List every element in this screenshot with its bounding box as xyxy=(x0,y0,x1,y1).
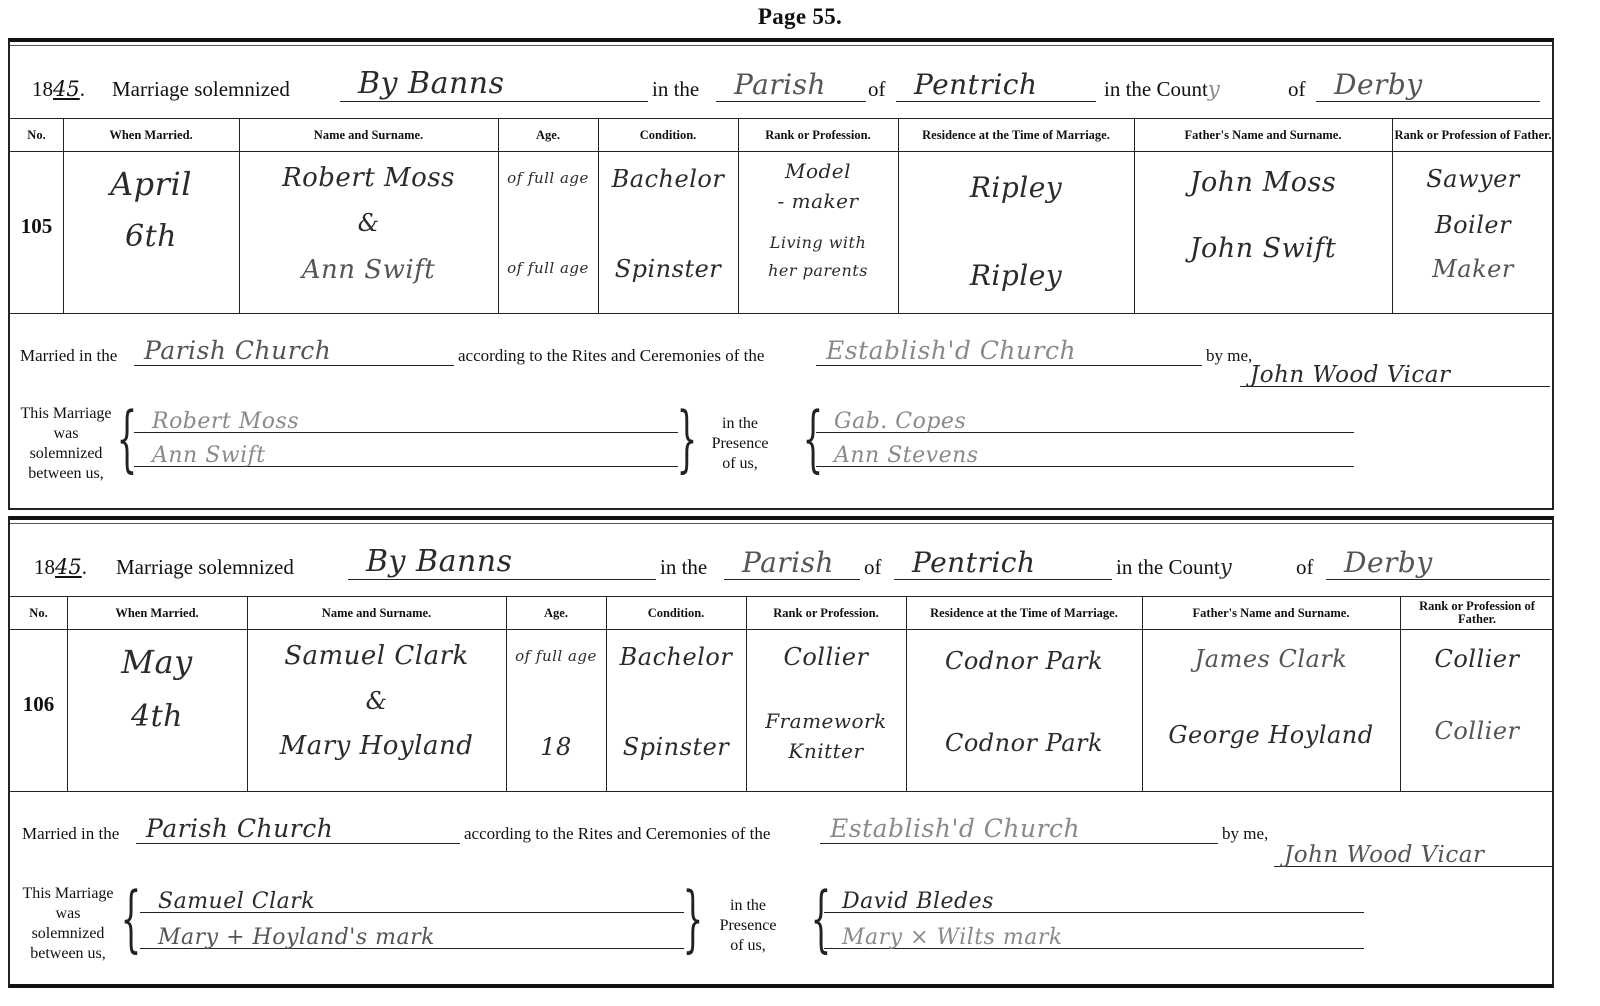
witness-line-2: Mary × Wilts mark xyxy=(824,918,1364,949)
marriage-solemnized-label: Marriage solemnized xyxy=(116,555,294,580)
col-header-residence: Residence at the Time of Marriage. xyxy=(906,597,1142,630)
groom-name: Robert Moss xyxy=(239,163,498,193)
groom-condition: Bachelor xyxy=(606,643,746,671)
place-type-field: Parish xyxy=(724,537,860,580)
bride-residence: Ripley xyxy=(898,259,1134,292)
col-header-father-rank: Rank or Profession of Father. xyxy=(1392,119,1554,152)
county-label-text: in the Count xyxy=(1104,77,1208,101)
col-header-rank: Rank or Profession. xyxy=(746,597,906,630)
married-in-label: Married in the xyxy=(20,346,117,366)
of-label: of xyxy=(864,555,882,580)
in-the-label: in the xyxy=(660,555,707,580)
col-header-condition: Condition. xyxy=(598,119,738,152)
witness-line-2: Ann Stevens xyxy=(816,436,1354,467)
bride-condition: Spinster xyxy=(606,733,746,761)
col-rank: Rank or Profession. Collier Framework Kn… xyxy=(746,597,907,791)
officiant-signature: John Wood Vicar xyxy=(1250,362,1450,388)
party-line-2: Mary + Hoyland's mark xyxy=(140,918,684,949)
groom-father: John Moss xyxy=(1134,167,1392,198)
col-header-father: Father's Name and Surname. xyxy=(1142,597,1400,630)
groom-name: Samuel Clark xyxy=(247,641,506,671)
party-signature-1: Robert Moss xyxy=(152,409,299,434)
year-handwritten: 45 xyxy=(55,555,82,579)
party-line-1: Samuel Clark xyxy=(140,882,684,913)
label-solemnized: solemnized xyxy=(12,924,124,944)
col-father: Father's Name and Surname. James Clark G… xyxy=(1142,597,1401,791)
col-age: Age. of full age of full age xyxy=(498,119,599,313)
solemnized-label: This Marriage was solemnized between us, xyxy=(12,884,124,964)
col-father-rank: Rank or Profession of Father. Sawyer Boi… xyxy=(1392,119,1554,313)
of-label: of xyxy=(868,77,886,102)
witness-line-1: Gab. Copes xyxy=(816,402,1354,433)
entry-number: 106 xyxy=(10,692,67,717)
solemnized-between-block: This Marriage was solemnized between us,… xyxy=(10,394,1552,494)
party-signature-2: Ann Swift xyxy=(152,443,266,468)
when-day: 6th xyxy=(63,219,239,254)
place-value: Pentrich xyxy=(912,546,1036,579)
bride-residence: Codnor Park xyxy=(906,729,1142,757)
party-signature-2: Mary + Hoyland's mark xyxy=(158,925,435,950)
witness-signature-2: Ann Stevens xyxy=(834,443,979,468)
col-header-name: Name and Surname. xyxy=(239,119,498,152)
witness-signature-1: Gab. Copes xyxy=(834,409,966,434)
place-field: Pentrich xyxy=(896,59,1096,102)
in-the-label: in the xyxy=(652,77,699,102)
married-in-label: Married in the xyxy=(22,824,119,844)
rites-value: Establish'd Church xyxy=(826,336,1076,365)
bride-age: of full age xyxy=(498,259,598,277)
of-county-label: of xyxy=(1296,555,1314,580)
entry-header-line: 1845. Marriage solemnized By Banns in th… xyxy=(10,56,1552,114)
when-day: 4th xyxy=(67,699,247,734)
groom-father-rank: Collier xyxy=(1400,645,1554,673)
page-title: Page 55. xyxy=(0,4,1600,30)
col-condition: Condition. Bachelor Spinster xyxy=(606,597,747,791)
label-of-us: of us, xyxy=(708,936,788,956)
county-value: Derby xyxy=(1344,546,1433,579)
groom-residence: Ripley xyxy=(898,171,1134,204)
groom-rank-line1: Collier xyxy=(746,643,906,671)
solemnized-by-field: By Banns xyxy=(340,59,648,102)
witness-signature-2: Mary × Wilts mark xyxy=(842,925,1063,950)
label-presence: Presence xyxy=(700,434,780,454)
col-father: Father's Name and Surname. John Moss Joh… xyxy=(1134,119,1393,313)
officiant-signature: John Wood Vicar xyxy=(1284,842,1484,868)
entry-header-line: 1845. Marriage solemnized By Banns in th… xyxy=(10,534,1552,592)
married-in-field: Parish Church xyxy=(136,803,460,844)
label-was: was xyxy=(10,424,122,444)
county-field: Derby xyxy=(1326,537,1550,580)
bride-rank-line2: Knitter xyxy=(746,739,906,763)
col-header-father-rank: Rank or Profession of Father. xyxy=(1400,597,1554,630)
rites-field: Establish'd Church xyxy=(820,803,1218,844)
bride-name: Mary Hoyland xyxy=(247,731,506,761)
solemnized-between-block: This Marriage was solemnized between us,… xyxy=(10,872,1552,972)
col-header-name: Name and Surname. xyxy=(247,597,506,630)
year-handwritten: 45 xyxy=(53,77,80,101)
label-of-us: of us, xyxy=(700,454,780,474)
col-header-when: When Married. xyxy=(63,119,239,152)
groom-age: of full age xyxy=(506,647,606,665)
county-label: in the County xyxy=(1104,77,1220,102)
county-suffix: y xyxy=(1208,77,1220,101)
groom-condition: Bachelor xyxy=(598,165,738,193)
bride-father-rank-line2: Maker xyxy=(1392,255,1554,283)
place-type-value: Parish xyxy=(742,546,834,579)
bride-father: John Swift xyxy=(1134,233,1392,264)
col-header-rank: Rank or Profession. xyxy=(738,119,898,152)
bride-rank-line2: her parents xyxy=(738,261,898,280)
officiant-signature-line: John Wood Vicar xyxy=(1240,346,1550,387)
col-header-residence: Residence at the Time of Marriage. xyxy=(898,119,1134,152)
col-header-no: No. xyxy=(10,119,63,152)
county-label-text: in the Count xyxy=(1116,555,1220,579)
solemnized-by-value: By Banns xyxy=(358,66,505,101)
col-father-rank: Rank or Profession of Father. Collier Co… xyxy=(1400,597,1554,791)
officiant-signature-line: John Wood Vicar xyxy=(1274,826,1552,867)
label-between-us: between us, xyxy=(10,464,122,484)
col-name: Name and Surname. Samuel Clark & Mary Ho… xyxy=(247,597,507,791)
witness-line-1: David Bledes xyxy=(824,882,1364,913)
col-residence: Residence at the Time of Marriage. Codno… xyxy=(906,597,1143,791)
left-brace: { xyxy=(121,882,142,954)
party-signature-1: Samuel Clark xyxy=(158,889,315,914)
presence-label: in the Presence of us, xyxy=(708,896,788,956)
according-to-label: according to the Rites and Ceremonies of… xyxy=(464,824,770,844)
solemnized-by-value: By Banns xyxy=(366,544,513,579)
col-rank: Rank or Profession. Model - maker Living… xyxy=(738,119,899,313)
solemnized-label: This Marriage was solemnized between us, xyxy=(10,404,122,484)
bride-name: Ann Swift xyxy=(239,255,498,285)
col-header-no: No. xyxy=(10,597,67,630)
county-suffix: y xyxy=(1220,555,1232,579)
of-county-label: of xyxy=(1288,77,1306,102)
witness-signature-1: David Bledes xyxy=(842,889,994,914)
label-between-us: between us, xyxy=(12,944,124,964)
label-this-marriage: This Marriage xyxy=(12,884,124,904)
label-presence: Presence xyxy=(708,916,788,936)
ampersand: & xyxy=(247,687,506,715)
label-in-the: in the xyxy=(700,414,780,434)
when-month: April xyxy=(63,165,239,203)
year-label: 1845. xyxy=(34,555,87,580)
label-solemnized: solemnized xyxy=(10,444,122,464)
ampersand: & xyxy=(239,209,498,237)
label-was: was xyxy=(12,904,124,924)
year-prefix: 18 xyxy=(34,555,55,579)
party-line-1: Robert Moss xyxy=(134,402,678,433)
col-header-age: Age. xyxy=(498,119,598,152)
col-when-married: When Married. April 6th xyxy=(63,119,240,313)
rites-value: Establish'd Church xyxy=(830,814,1080,843)
label-in-the: in the xyxy=(708,896,788,916)
col-header-father: Father's Name and Surname. xyxy=(1134,119,1392,152)
entry-number: 105 xyxy=(10,214,63,239)
rites-field: Establish'd Church xyxy=(816,325,1202,366)
col-header-when: When Married. xyxy=(67,597,247,630)
col-header-age: Age. xyxy=(506,597,606,630)
col-header-condition: Condition. xyxy=(606,597,746,630)
county-label: in the County xyxy=(1116,555,1232,580)
bride-rank-line1: Framework xyxy=(746,709,906,733)
col-residence: Residence at the Time of Marriage. Riple… xyxy=(898,119,1135,313)
bride-condition: Spinster xyxy=(598,255,738,283)
presence-label: in the Presence of us, xyxy=(700,414,780,474)
right-brace: } xyxy=(677,402,698,474)
year-label: 1845. xyxy=(32,77,85,102)
bride-father: George Hoyland xyxy=(1142,721,1400,749)
col-age: Age. of full age 18 xyxy=(506,597,607,791)
by-me-label: by me, xyxy=(1222,824,1268,844)
according-to-label: according to the Rites and Ceremonies of… xyxy=(458,346,764,366)
groom-father-rank: Sawyer xyxy=(1392,165,1554,193)
place-field: Pentrich xyxy=(894,537,1112,580)
bride-rank-line1: Living with xyxy=(738,233,898,252)
year-prefix: 18 xyxy=(32,77,53,101)
col-no: No. 105 xyxy=(10,119,64,313)
register-table: No. 105 When Married. April 6th Name and… xyxy=(10,118,1552,314)
groom-father: James Clark xyxy=(1142,645,1400,673)
col-condition: Condition. Bachelor Spinster xyxy=(598,119,739,313)
bride-father-rank: Collier xyxy=(1400,717,1554,745)
marriage-solemnized-label: Marriage solemnized xyxy=(112,77,290,102)
place-type-field: Parish xyxy=(716,59,866,102)
place-type-value: Parish xyxy=(734,68,826,101)
right-brace: } xyxy=(683,882,704,954)
groom-residence: Codnor Park xyxy=(906,647,1142,675)
col-no: No. 106 xyxy=(10,597,68,791)
place-value: Pentrich xyxy=(914,68,1038,101)
county-value: Derby xyxy=(1334,68,1423,101)
bride-father-rank-line1: Boiler xyxy=(1392,211,1554,239)
marriage-entry-106: 1845. Marriage solemnized By Banns in th… xyxy=(8,516,1554,988)
col-name: Name and Surname. Robert Moss & Ann Swif… xyxy=(239,119,499,313)
groom-rank-line2: - maker xyxy=(738,189,898,213)
register-table: No. 106 When Married. May 4th Name and S… xyxy=(10,596,1552,792)
married-in-value: Parish Church xyxy=(144,336,331,365)
groom-age: of full age xyxy=(498,169,598,187)
married-in-field: Parish Church xyxy=(134,325,454,366)
solemnized-by-field: By Banns xyxy=(348,537,656,580)
col-when-married: When Married. May 4th xyxy=(67,597,248,791)
party-line-2: Ann Swift xyxy=(134,436,678,467)
label-this-marriage: This Marriage xyxy=(10,404,122,424)
when-month: May xyxy=(67,643,247,681)
groom-rank-line1: Model xyxy=(738,159,898,183)
county-field: Derby xyxy=(1316,59,1540,102)
bride-age: 18 xyxy=(506,733,606,761)
married-in-value: Parish Church xyxy=(146,814,333,843)
marriage-entry-105: 1845. Marriage solemnized By Banns in th… xyxy=(8,38,1554,510)
